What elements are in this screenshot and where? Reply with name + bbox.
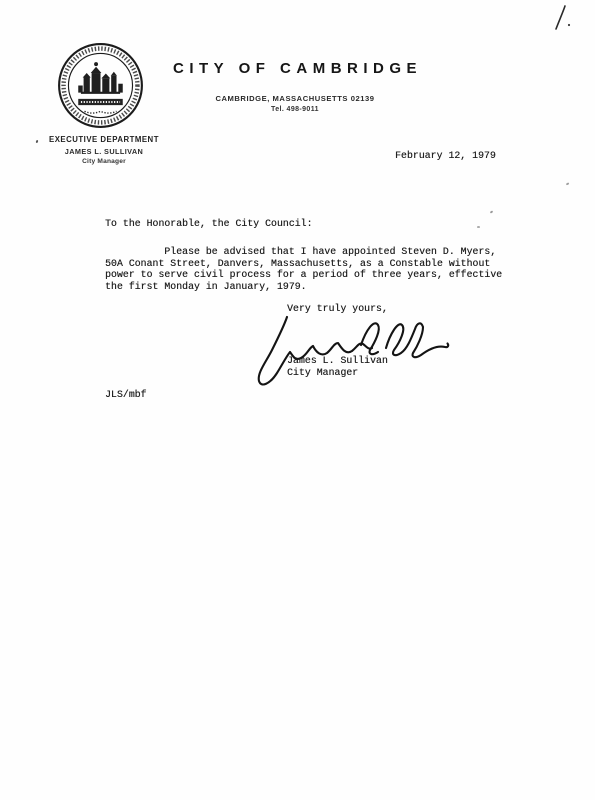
letterhead-phone: Tel. 498-9011 <box>170 106 420 113</box>
reference-initials: JLS/mbf <box>105 389 146 400</box>
salutation: To the Honorable, the City Council: <box>105 218 502 229</box>
scan-speck <box>566 183 569 185</box>
scan-speck <box>490 210 494 213</box>
letterhead-address: CAMBRIDGE, MASSACHUSETTS 02139 <box>170 94 420 103</box>
body-line: Please be advised that I have appointed … <box>105 246 502 257</box>
official-title: City Manager <box>28 158 180 165</box>
scanned-letter-page: CITY OF CAMBRIDGE CAMBRIDGE, MASSACHUSET… <box>0 0 595 800</box>
handwritten-page-mark <box>548 3 576 35</box>
city-of-cambridge-seal <box>56 41 145 130</box>
scan-speck <box>477 226 480 228</box>
seal-buildings-scene <box>78 62 123 94</box>
signature-name: James L. Sullivan <box>287 355 388 366</box>
body-line: the first Monday in January, 1979. <box>105 281 502 292</box>
signature-title: City Manager <box>287 367 358 378</box>
letterhead-title: CITY OF CAMBRIDGE <box>173 60 420 77</box>
body-line: power to serve civil process for a perio… <box>105 269 502 280</box>
department-name: EXECUTIVE DEPARTMENT <box>28 135 180 144</box>
body-paragraph: Please be advised that I have appointed … <box>105 246 502 292</box>
letter-date: February 12, 1979 <box>395 150 496 161</box>
letter-body: To the Honorable, the City Council: Plea… <box>105 218 502 292</box>
official-name: JAMES L. SULLIVAN <box>28 147 180 156</box>
seal-banner <box>78 99 123 105</box>
department-block: EXECUTIVE DEPARTMENT JAMES L. SULLIVAN C… <box>28 135 180 165</box>
handwritten-signature <box>248 312 453 392</box>
body-line: 50A Conant Street, Danvers, Massachusett… <box>105 258 502 269</box>
letterhead: CITY OF CAMBRIDGE CAMBRIDGE, MASSACHUSET… <box>170 60 420 113</box>
